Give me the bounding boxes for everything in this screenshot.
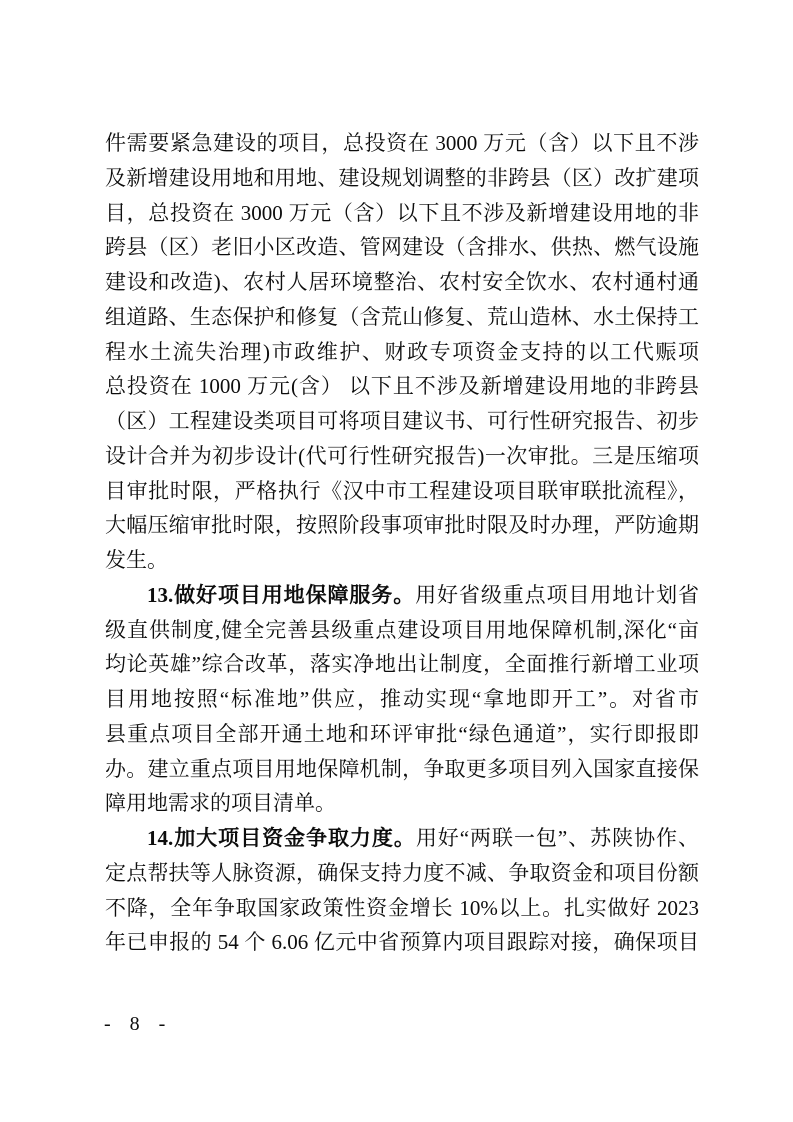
document-page: 件需要紧急建设的项目，总投资在 3000 万元（含）以下且不涉及新增建设用地和用… bbox=[0, 0, 793, 1122]
text-line: 发生。 bbox=[105, 543, 699, 578]
text-segment: 及新增建设用地和用地、建设规划调整的非跨县（区）改扩建项 bbox=[105, 166, 699, 190]
heading-segment: 13.做好项目用地保障服务。 bbox=[147, 583, 415, 607]
text-line: 13.做好项目用地保障服务。用好省级重点项目用地计划省 bbox=[105, 578, 699, 613]
text-line: 总投资在 1000 万元(含） 以下且不涉及新增建设用地的非跨县 bbox=[105, 369, 699, 404]
text-segment: 用好“两联一包”、苏陕协作、 bbox=[416, 826, 699, 850]
text-line: 程水土流失治理)市政维护、财政专项资金支持的以工代赈项目， bbox=[105, 335, 699, 370]
text-line: 不降，全年争取国家政策性资金增长 10%以上。扎实做好 2023 bbox=[105, 891, 699, 926]
text-line: 办。建立重点项目用地保障机制，争取更多项目列入国家直接保 bbox=[105, 752, 699, 787]
document-body: 件需要紧急建设的项目，总投资在 3000 万元（含）以下且不涉及新增建设用地和用… bbox=[105, 126, 699, 960]
text-segment: 发生。 bbox=[105, 548, 168, 572]
text-line: 建设和改造)、农村人居环境整治、农村安全饮水、农村通村通 bbox=[105, 265, 699, 300]
text-segment: 均论英雄”综合改革，落实净地出让制度，全面推行新增工业项 bbox=[105, 652, 699, 676]
text-line: 14.加大项目资金争取力度。用好“两联一包”、苏陕协作、 bbox=[105, 821, 699, 856]
text-line: 障用地需求的项目清单。 bbox=[105, 786, 699, 821]
text-segment: 定点帮扶等人脉资源，确保支持力度不减、争取资金和项目份额 bbox=[105, 861, 699, 885]
text-line: 组道路、生态保护和修复（含荒山修复、荒山造林、水土保持工 bbox=[105, 300, 699, 335]
text-line: 目审批时限，严格执行《汉中市工程建设项目联审联批流程》， bbox=[105, 474, 699, 509]
text-line: 年已申报的 54 个 6.06 亿元中省预算内项目跟踪对接，确保项目 bbox=[105, 925, 699, 960]
text-line: 大幅压缩审批时限，按照阶段事项审批时限及时办理，严防逾期 bbox=[105, 508, 699, 543]
text-segment: 年已申报的 54 个 6.06 亿元中省预算内项目跟踪对接，确保项目 bbox=[105, 930, 699, 954]
text-line: （区）工程建设类项目可将项目建议书、可行性研究报告、初步 bbox=[105, 404, 699, 439]
text-segment: 件需要紧急建设的项目，总投资在 3000 万元（含）以下且不涉 bbox=[105, 131, 699, 155]
text-line: 级直供制度,健全完善县级重点建设项目用地保障机制,深化“亩 bbox=[105, 613, 699, 648]
text-segment: 建设和改造)、农村人居环境整治、农村安全饮水、农村通村通 bbox=[105, 270, 699, 294]
text-line: 目，总投资在 3000 万元（含）以下且不涉及新增建设用地的非 bbox=[105, 196, 699, 231]
text-line: 跨县（区）老旧小区改造、管网建设（含排水、供热、燃气设施 bbox=[105, 230, 699, 265]
text-segment: 组道路、生态保护和修复（含荒山修复、荒山造林、水土保持工 bbox=[105, 305, 699, 329]
text-segment: 级直供制度,健全完善县级重点建设项目用地保障机制,深化“亩 bbox=[105, 618, 699, 642]
text-segment: 办。建立重点项目用地保障机制，争取更多项目列入国家直接保 bbox=[105, 757, 699, 781]
text-line: 定点帮扶等人脉资源，确保支持力度不减、争取资金和项目份额 bbox=[105, 856, 699, 891]
heading-segment: 14.加大项目资金争取力度。 bbox=[147, 826, 416, 850]
text-line: 及新增建设用地和用地、建设规划调整的非跨县（区）改扩建项 bbox=[105, 161, 699, 196]
text-line: 县重点项目全部开通土地和环评审批“绿色通道”，实行即报即 bbox=[105, 717, 699, 752]
text-segment: 用好省级重点项目用地计划省 bbox=[415, 583, 699, 607]
text-segment: 目审批时限，严格执行《汉中市工程建设项目联审联批流程》， bbox=[105, 479, 699, 503]
text-segment: 不降，全年争取国家政策性资金增长 10%以上。扎实做好 2023 bbox=[105, 896, 699, 920]
text-segment: 目，总投资在 3000 万元（含）以下且不涉及新增建设用地的非 bbox=[105, 201, 699, 225]
text-segment: 目用地按照“标准地”供应，推动实现“拿地即开工”。对省市 bbox=[105, 687, 699, 711]
text-segment: 障用地需求的项目清单。 bbox=[105, 791, 336, 815]
text-segment: 设计合并为初步设计(代可行性研究报告)一次审批。三是压缩项 bbox=[105, 444, 699, 468]
text-line: 件需要紧急建设的项目，总投资在 3000 万元（含）以下且不涉 bbox=[105, 126, 699, 161]
text-segment: 总投资在 1000 万元(含） 以下且不涉及新增建设用地的非跨县 bbox=[105, 374, 699, 398]
text-segment: 跨县（区）老旧小区改造、管网建设（含排水、供热、燃气设施 bbox=[105, 235, 699, 259]
text-line: 目用地按照“标准地”供应，推动实现“拿地即开工”。对省市 bbox=[105, 682, 699, 717]
text-segment: 程水土流失治理)市政维护、财政专项资金支持的以工代赈项目， bbox=[105, 340, 699, 370]
page-number: - 8 - bbox=[104, 1013, 169, 1036]
text-segment: 大幅压缩审批时限，按照阶段事项审批时限及时办理，严防逾期 bbox=[105, 513, 699, 537]
text-line: 设计合并为初步设计(代可行性研究报告)一次审批。三是压缩项 bbox=[105, 439, 699, 474]
text-segment: （区）工程建设类项目可将项目建议书、可行性研究报告、初步 bbox=[105, 409, 699, 433]
text-segment: 县重点项目全部开通土地和环评审批“绿色通道”，实行即报即 bbox=[105, 722, 699, 746]
text-line: 均论英雄”综合改革，落实净地出让制度，全面推行新增工业项 bbox=[105, 647, 699, 682]
